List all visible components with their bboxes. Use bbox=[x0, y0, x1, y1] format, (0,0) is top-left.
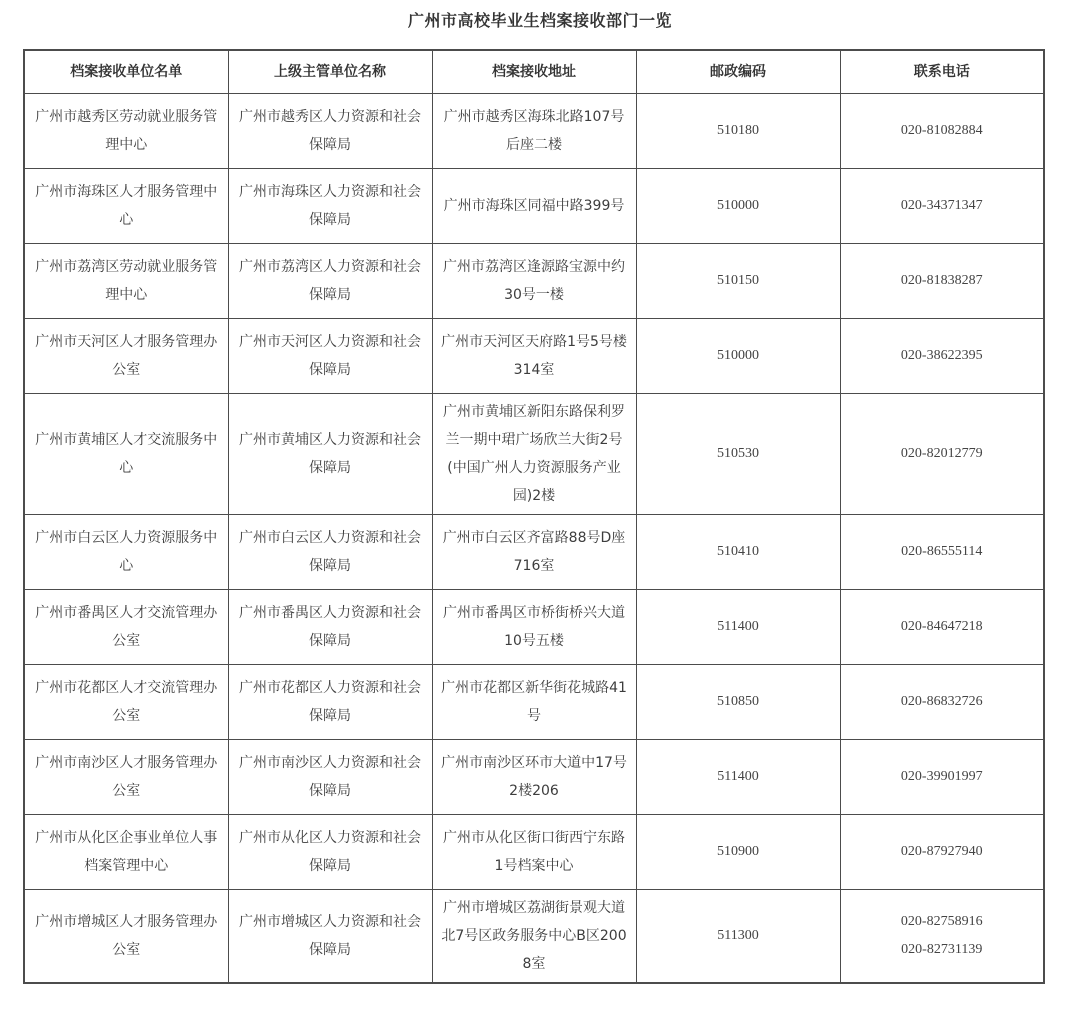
cell-supervisor-name: 广州市增城区人力资源和社会保障局 bbox=[228, 889, 432, 983]
cell-phone: 020-34371347 bbox=[840, 168, 1044, 243]
cell-supervisor-name: 广州市花都区人力资源和社会保障局 bbox=[228, 664, 432, 739]
cell-phone: 020-86832726 bbox=[840, 664, 1044, 739]
cell-phone: 020-87927940 bbox=[840, 814, 1044, 889]
table-row: 广州市增城区人才服务管理办公室广州市增城区人力资源和社会保障局广州市增城区荔湖街… bbox=[24, 889, 1044, 983]
table-row: 广州市海珠区人才服务管理中心广州市海珠区人力资源和社会保障局广州市海珠区同福中路… bbox=[24, 168, 1044, 243]
cell-address: 广州市黄埔区新阳东路保利罗兰一期中珺广场欣兰大街2号(中国广州人力资源服务产业园… bbox=[432, 393, 636, 514]
header-phone: 联系电话 bbox=[840, 50, 1044, 93]
cell-postal-code: 510410 bbox=[636, 514, 840, 589]
cell-postal-code: 510850 bbox=[636, 664, 840, 739]
header-address: 档案接收地址 bbox=[432, 50, 636, 93]
cell-unit-name: 广州市荔湾区劳动就业服务管理中心 bbox=[24, 243, 228, 318]
header-unit-name: 档案接收单位名单 bbox=[24, 50, 228, 93]
header-postal-code: 邮政编码 bbox=[636, 50, 840, 93]
cell-supervisor-name: 广州市从化区人力资源和社会保障局 bbox=[228, 814, 432, 889]
cell-supervisor-name: 广州市天河区人力资源和社会保障局 bbox=[228, 318, 432, 393]
cell-supervisor-name: 广州市海珠区人力资源和社会保障局 bbox=[228, 168, 432, 243]
cell-unit-name: 广州市白云区人力资源服务中心 bbox=[24, 514, 228, 589]
cell-address: 广州市增城区荔湖街景观大道北7号区政务服务中心B区2008室 bbox=[432, 889, 636, 983]
cell-address: 广州市番禺区市桥街桥兴大道10号五楼 bbox=[432, 589, 636, 664]
table-row: 广州市南沙区人才服务管理办公室广州市南沙区人力资源和社会保障局广州市南沙区环市大… bbox=[24, 739, 1044, 814]
table-body: 广州市越秀区劳动就业服务管理中心广州市越秀区人力资源和社会保障局广州市越秀区海珠… bbox=[24, 93, 1044, 983]
cell-phone: 020-38622395 bbox=[840, 318, 1044, 393]
cell-postal-code: 510900 bbox=[636, 814, 840, 889]
table-row: 广州市天河区人才服务管理办公室广州市天河区人力资源和社会保障局广州市天河区天府路… bbox=[24, 318, 1044, 393]
cell-phone: 020-82012779 bbox=[840, 393, 1044, 514]
cell-postal-code: 510530 bbox=[636, 393, 840, 514]
cell-unit-name: 广州市从化区企事业单位人事档案管理中心 bbox=[24, 814, 228, 889]
cell-supervisor-name: 广州市越秀区人力资源和社会保障局 bbox=[228, 93, 432, 168]
cell-phone: 020-82758916 020-82731139 bbox=[840, 889, 1044, 983]
table-row: 广州市番禺区人才交流管理办公室广州市番禺区人力资源和社会保障局广州市番禺区市桥街… bbox=[24, 589, 1044, 664]
cell-address: 广州市越秀区海珠北路107号后座二楼 bbox=[432, 93, 636, 168]
cell-phone: 020-84647218 bbox=[840, 589, 1044, 664]
cell-unit-name: 广州市黄埔区人才交流服务中心 bbox=[24, 393, 228, 514]
cell-address: 广州市天河区天府路1号5号楼314室 bbox=[432, 318, 636, 393]
cell-supervisor-name: 广州市黄埔区人力资源和社会保障局 bbox=[228, 393, 432, 514]
cell-postal-code: 511400 bbox=[636, 589, 840, 664]
cell-unit-name: 广州市番禺区人才交流管理办公室 bbox=[24, 589, 228, 664]
cell-phone: 020-39901997 bbox=[840, 739, 1044, 814]
cell-supervisor-name: 广州市荔湾区人力资源和社会保障局 bbox=[228, 243, 432, 318]
cell-address: 广州市从化区街口街西宁东路1号档案中心 bbox=[432, 814, 636, 889]
table-row: 广州市白云区人力资源服务中心广州市白云区人力资源和社会保障局广州市白云区齐富路8… bbox=[24, 514, 1044, 589]
cell-unit-name: 广州市增城区人才服务管理办公室 bbox=[24, 889, 228, 983]
header-row: 档案接收单位名单上级主管单位名称档案接收地址邮政编码联系电话 bbox=[24, 50, 1044, 93]
cell-postal-code: 511300 bbox=[636, 889, 840, 983]
table-row: 广州市黄埔区人才交流服务中心广州市黄埔区人力资源和社会保障局广州市黄埔区新阳东路… bbox=[24, 393, 1044, 514]
cell-postal-code: 510150 bbox=[636, 243, 840, 318]
table-header: 档案接收单位名单上级主管单位名称档案接收地址邮政编码联系电话 bbox=[24, 50, 1044, 93]
cell-supervisor-name: 广州市白云区人力资源和社会保障局 bbox=[228, 514, 432, 589]
cell-unit-name: 广州市海珠区人才服务管理中心 bbox=[24, 168, 228, 243]
header-supervisor-name: 上级主管单位名称 bbox=[228, 50, 432, 93]
cell-postal-code: 510000 bbox=[636, 168, 840, 243]
cell-phone: 020-81838287 bbox=[840, 243, 1044, 318]
cell-supervisor-name: 广州市南沙区人力资源和社会保障局 bbox=[228, 739, 432, 814]
cell-postal-code: 511400 bbox=[636, 739, 840, 814]
cell-address: 广州市海珠区同福中路399号 bbox=[432, 168, 636, 243]
cell-unit-name: 广州市南沙区人才服务管理办公室 bbox=[24, 739, 228, 814]
table-row: 广州市花都区人才交流管理办公室广州市花都区人力资源和社会保障局广州市花都区新华街… bbox=[24, 664, 1044, 739]
cell-address: 广州市南沙区环市大道中17号2楼206 bbox=[432, 739, 636, 814]
cell-address: 广州市白云区齐富路88号D座716室 bbox=[432, 514, 636, 589]
cell-unit-name: 广州市越秀区劳动就业服务管理中心 bbox=[24, 93, 228, 168]
cell-supervisor-name: 广州市番禺区人力资源和社会保障局 bbox=[228, 589, 432, 664]
cell-phone: 020-81082884 bbox=[840, 93, 1044, 168]
cell-address: 广州市荔湾区逢源路宝源中约30号一楼 bbox=[432, 243, 636, 318]
cell-postal-code: 510180 bbox=[636, 93, 840, 168]
table-row: 广州市从化区企事业单位人事档案管理中心广州市从化区人力资源和社会保障局广州市从化… bbox=[24, 814, 1044, 889]
cell-unit-name: 广州市天河区人才服务管理办公室 bbox=[24, 318, 228, 393]
cell-phone: 020-86555114 bbox=[840, 514, 1044, 589]
archive-table: 档案接收单位名单上级主管单位名称档案接收地址邮政编码联系电话 广州市越秀区劳动就… bbox=[23, 49, 1045, 984]
page-title: 广州市高校毕业生档案接收部门一览 bbox=[0, 0, 1080, 31]
cell-address: 广州市花都区新华街花城路41号 bbox=[432, 664, 636, 739]
table-row: 广州市越秀区劳动就业服务管理中心广州市越秀区人力资源和社会保障局广州市越秀区海珠… bbox=[24, 93, 1044, 168]
cell-postal-code: 510000 bbox=[636, 318, 840, 393]
table-row: 广州市荔湾区劳动就业服务管理中心广州市荔湾区人力资源和社会保障局广州市荔湾区逢源… bbox=[24, 243, 1044, 318]
cell-unit-name: 广州市花都区人才交流管理办公室 bbox=[24, 664, 228, 739]
